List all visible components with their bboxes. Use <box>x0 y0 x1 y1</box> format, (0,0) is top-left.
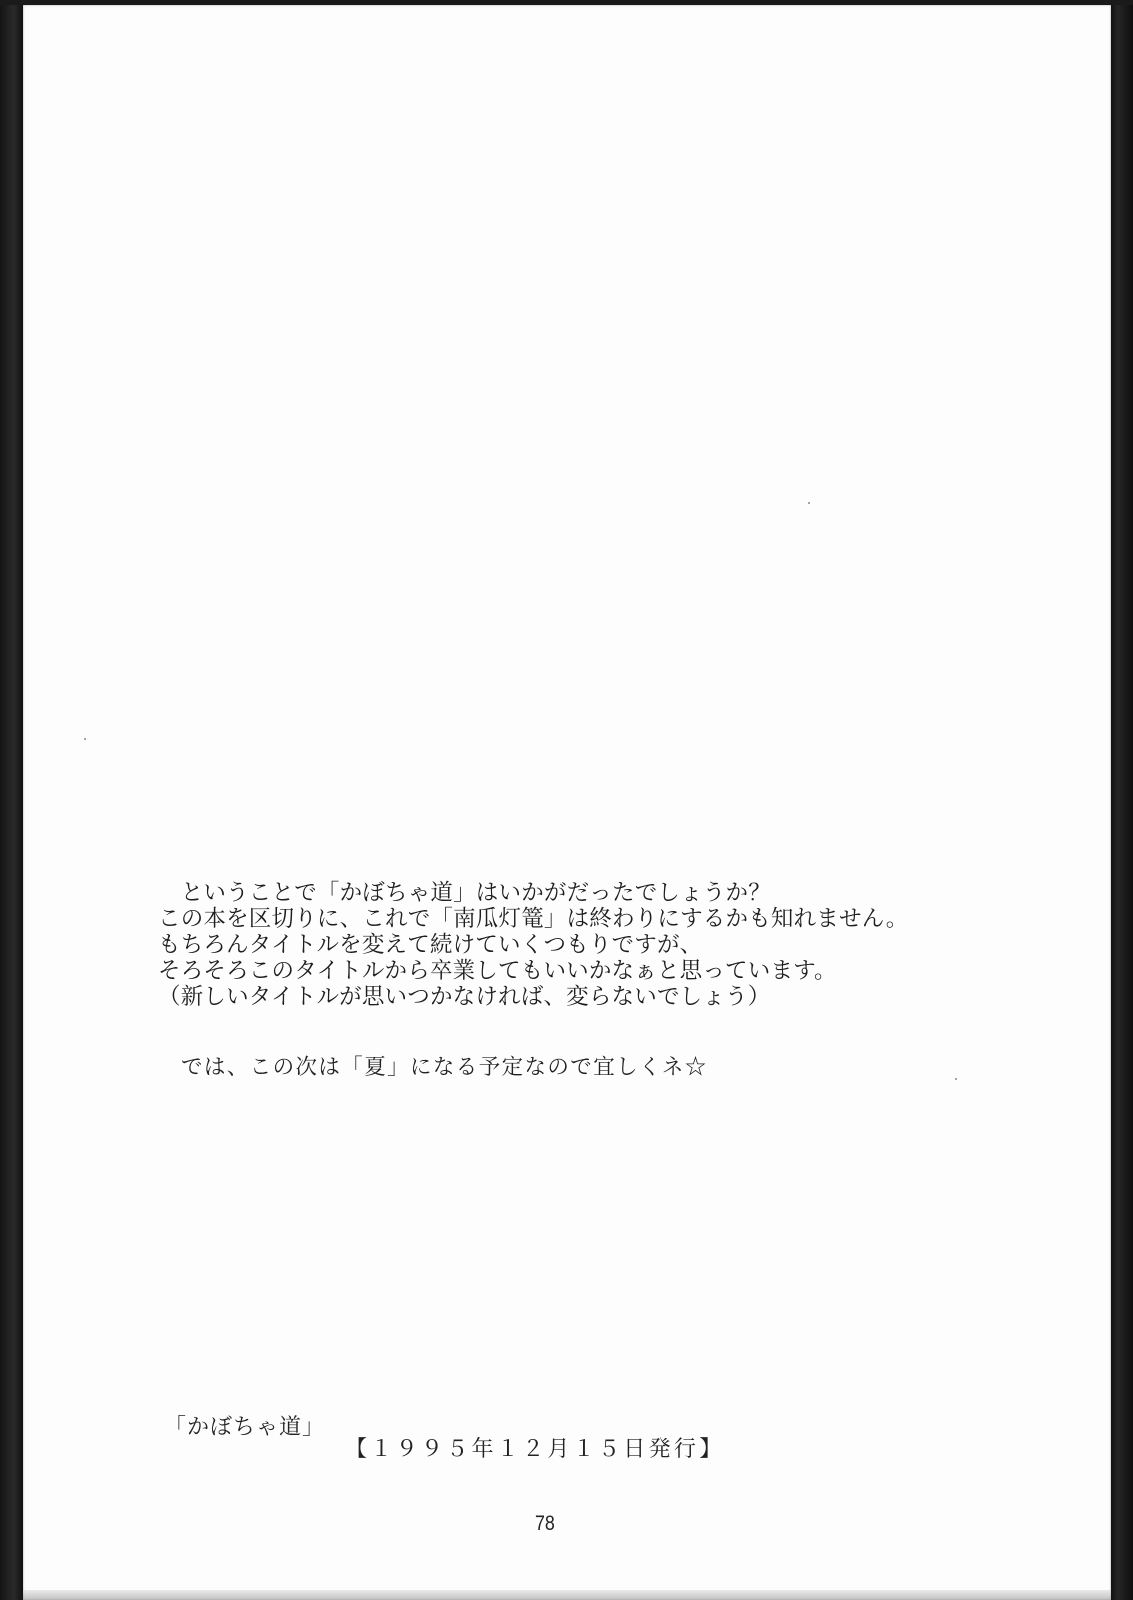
scan-border-bottom <box>23 1590 1111 1600</box>
afterword-paragraph: ということで「かぼちゃ道」はいかがだったでしょうか？ この本を区切りに、これで「… <box>158 880 978 1010</box>
scan-speck <box>84 738 86 740</box>
scan-speck <box>808 502 810 504</box>
afterword-line: （新しいタイトルが思いつかなければ、変らないでしょう） <box>158 984 978 1010</box>
page-number: 78 <box>535 1512 555 1536</box>
closing-line: では、この次は「夏」になる予定なので宜しくネ☆ <box>181 1050 708 1081</box>
afterword-line: この本を区切りに、これで「南瓜灯篭」は終わりにするかも知れません。 <box>158 906 978 932</box>
scan-border-right <box>1111 0 1133 1600</box>
colophon-publication-date: 【１９９５年１２月１５日発行】 <box>345 1432 725 1463</box>
scan-border-left <box>0 0 23 1600</box>
afterword-line: もちろんタイトルを変えて続けていくつもりですが、 <box>158 932 978 958</box>
book-page <box>23 5 1111 1600</box>
afterword-line: ということで「かぼちゃ道」はいかがだったでしょうか？ <box>158 880 978 906</box>
afterword-line: そろそろこのタイトルから卒業してもいいかなぁと思っています。 <box>158 958 978 984</box>
colophon-title: 「かぼちゃ道」 <box>164 1410 325 1441</box>
scan-speck <box>955 1078 957 1080</box>
